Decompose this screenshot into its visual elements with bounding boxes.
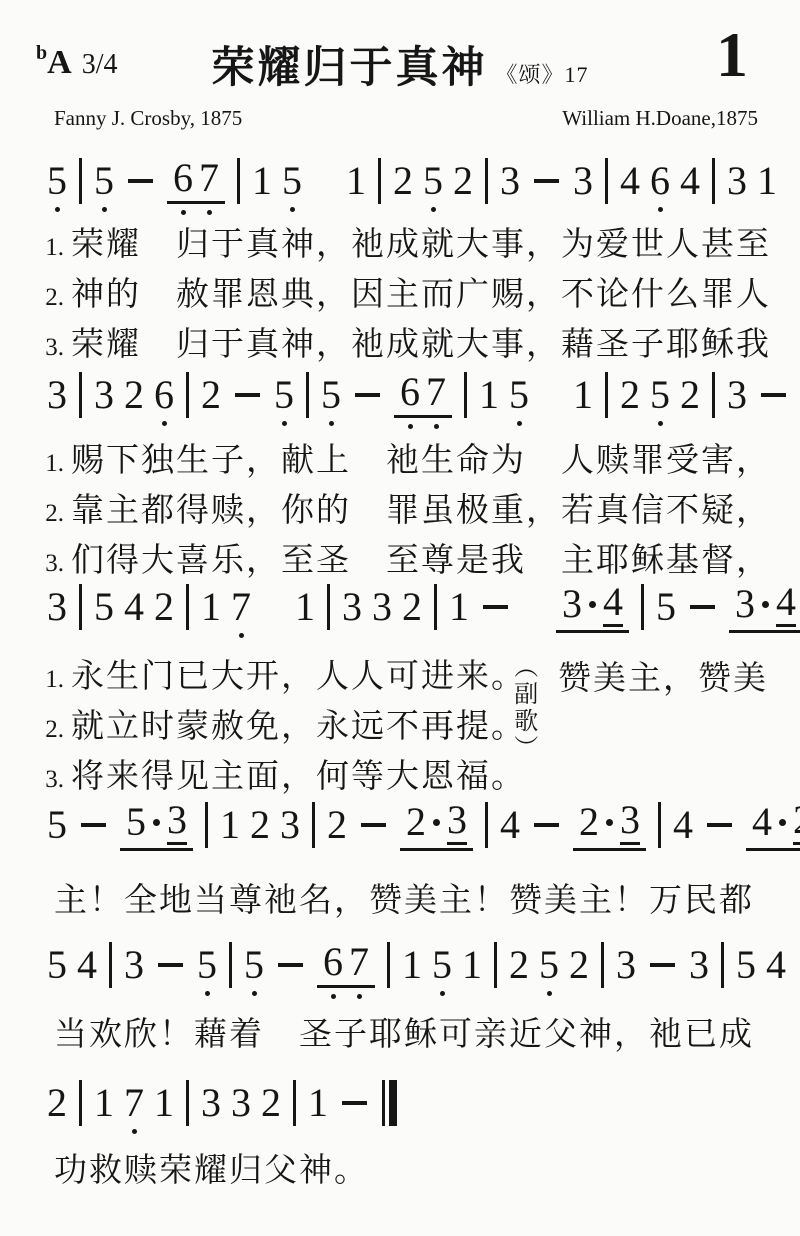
verse-line: 3. 荣耀 归于真神，祂成就大事，藉圣子耶稣我 [30, 318, 771, 368]
note: 3 [562, 584, 582, 624]
note: 1 [572, 375, 594, 415]
note-digit: 3 [94, 375, 114, 415]
note-digit: 1 [94, 1083, 114, 1123]
barline [186, 584, 189, 630]
note: 3 [341, 587, 363, 627]
verse-number: 3. [30, 550, 64, 578]
barline [79, 372, 82, 418]
barline [229, 942, 232, 988]
note: 1 [219, 805, 241, 845]
note: 2 [260, 1083, 282, 1123]
note: 1 [345, 161, 367, 201]
note: 2 [568, 945, 590, 985]
verse-text: 将来得见主面，何等大恩福。 [71, 750, 526, 797]
music-line-4: 5531232234234425 [42, 796, 800, 854]
low-octave-dot [207, 210, 212, 215]
verse-number: 1. [30, 666, 64, 694]
verse-text: 赐下独生子，献上 祂生命为 人赎罪受害， [71, 434, 771, 481]
final-bar-thick [389, 1080, 397, 1126]
low-octave-dot [547, 991, 552, 996]
note: 1 [461, 945, 483, 985]
note-digit: 3 [47, 375, 67, 415]
note: 5 [93, 161, 115, 201]
title-row: 荣耀归于真神《颂》17 [0, 34, 800, 95]
verse-line: 2. 靠主都得赎，你的 罪虽极重，若真信不疑， [30, 484, 771, 534]
note: 6 [173, 158, 193, 198]
note-digit: 3 [727, 161, 747, 201]
verse-text: 永生门已大开，人人可进来。 [71, 650, 526, 697]
final-bar-thin [382, 1080, 385, 1126]
augmentation-dot [762, 601, 769, 608]
note-digit: 2 [579, 802, 599, 842]
note: 7 [426, 372, 446, 412]
beam-group: 67 [394, 372, 452, 418]
verse-number: 1. [30, 450, 64, 478]
note: 6 [400, 372, 420, 412]
note-digit: 2 [680, 375, 700, 415]
verse-line: 2. 神的 赦罪恩典，因主而广赐，不论什么罪人 [30, 268, 771, 318]
note-digit: 1 [479, 375, 499, 415]
note: 5 [93, 587, 115, 627]
note: 2 [200, 375, 222, 415]
note-digit: 5 [656, 587, 676, 627]
note: 2 [793, 800, 800, 845]
note-digit: 4 [603, 582, 623, 627]
note: 2 [153, 587, 175, 627]
note-digit: 2 [250, 805, 270, 845]
note: 3 [735, 584, 755, 624]
note: 4 [603, 582, 623, 627]
note-digit: 4 [752, 802, 772, 842]
note: 2 [406, 802, 426, 842]
low-octave-dot [658, 207, 663, 212]
note-digit: 6 [400, 372, 420, 412]
note-digit: 1 [154, 1083, 174, 1123]
note: 7 [349, 942, 369, 982]
low-octave-dot [181, 210, 186, 215]
note: 2 [326, 805, 348, 845]
barline [79, 158, 82, 204]
note-digit: 5 [197, 945, 217, 985]
note: 4 [672, 805, 694, 845]
barline [434, 584, 437, 630]
beam-group: 23 [573, 800, 646, 851]
duration-dash [278, 963, 303, 967]
duration-dash [534, 179, 559, 183]
note-digit: 6 [323, 942, 343, 982]
note-digit: 5 [282, 161, 302, 201]
augmentation-dot [779, 819, 786, 826]
note: 2 [579, 802, 599, 842]
note: 6 [153, 375, 175, 415]
note: 1 [478, 375, 500, 415]
duration-dash [235, 393, 260, 397]
note: 3 [620, 800, 640, 845]
note-digit: 5 [126, 802, 146, 842]
barline [712, 158, 715, 204]
barline [387, 942, 390, 988]
note-digit: 3 [620, 800, 640, 845]
refrain-label: （副歌） [508, 654, 537, 794]
note-digit: 3 [124, 945, 144, 985]
barline [485, 802, 488, 848]
music-line-3: 3542171332134534 [42, 578, 800, 636]
lyrics-block-2: 1. 赐下独生子，献上 祂生命为 人赎罪受害， 2. 靠主都得赎，你的 罪虽极重… [30, 434, 771, 584]
note-digit: 5 [423, 161, 443, 201]
note-digit: 3 [342, 587, 362, 627]
barline [306, 372, 309, 418]
note: 3 [279, 805, 301, 845]
note-digit: 5 [94, 161, 114, 201]
note-digit: 3 [231, 1083, 251, 1123]
note: 3 [200, 1083, 222, 1123]
low-octave-dot [517, 421, 522, 426]
note-digit: 3 [689, 945, 709, 985]
duration-dash [361, 823, 386, 827]
note: 5 [46, 161, 68, 201]
note: 3 [371, 587, 393, 627]
verse-text: 就立时蒙赦免，永远不再提。 [71, 700, 526, 747]
note-digit: 6 [154, 375, 174, 415]
note: 7 [123, 1083, 145, 1123]
note: 4 [499, 805, 521, 845]
note: 6 [649, 161, 671, 201]
low-octave-dot [357, 994, 362, 999]
note-digit: 1 [757, 161, 777, 201]
note-digit: 1 [308, 1083, 328, 1123]
verse-text: 神的 赦罪恩典，因主而广赐，不论什么罪人 [71, 268, 771, 315]
note: 5 [655, 587, 677, 627]
note: 5 [243, 945, 265, 985]
note: 3 [499, 161, 521, 201]
barline [312, 802, 315, 848]
barline [378, 158, 381, 204]
note-digit: 3 [500, 161, 520, 201]
note: 2 [452, 161, 474, 201]
note-digit: 2 [509, 945, 529, 985]
note-digit: 3 [201, 1083, 221, 1123]
low-octave-dot [102, 207, 107, 212]
note: 5 [735, 945, 757, 985]
note: 3 [123, 945, 145, 985]
verse-text: 靠主都得赎，你的 罪虽极重，若真信不疑， [71, 484, 771, 531]
note: 2 [401, 587, 423, 627]
final-barline [382, 1080, 397, 1126]
note-digit: 6 [173, 158, 193, 198]
low-octave-dot [431, 207, 436, 212]
augmentation-dot [589, 601, 596, 608]
lyrics-block-3: 1. 永生门已大开，人人可进来。 2. 就立时蒙赦免，永远不再提。 3. 将来得… [30, 650, 790, 800]
note: 4 [619, 161, 641, 201]
verse-text: 荣耀 归于真神，祂成就大事，为爱世人甚至 [71, 218, 771, 265]
note-digit: 1 [201, 587, 221, 627]
note-digit: 2 [402, 587, 422, 627]
note: 4 [765, 945, 787, 985]
note: 4 [679, 161, 701, 201]
music-line-6: 21713321 [42, 1074, 397, 1132]
note-digit: 3 [562, 584, 582, 624]
note: 3 [46, 587, 68, 627]
duration-dash [690, 605, 715, 609]
hymn-number: 1 [716, 18, 748, 92]
note: 2 [123, 375, 145, 415]
low-octave-dot [290, 207, 295, 212]
note-digit: 1 [449, 587, 469, 627]
note-digit: 3 [372, 587, 392, 627]
verse-text: 荣耀 归于真神，祂成就大事，藉圣子耶稣我 [71, 318, 771, 365]
note-digit: 1 [346, 161, 366, 201]
note: 5 [431, 945, 453, 985]
note-digit: 3 [573, 161, 593, 201]
verse-line: 3. 将来得见主面，何等大恩福。 [30, 750, 790, 800]
note: 5 [538, 945, 560, 985]
note-digit: 4 [766, 945, 786, 985]
verse-line: 2. 就立时蒙赦免，永远不再提。 [30, 700, 790, 750]
barline [721, 942, 724, 988]
note: 5 [508, 375, 530, 415]
duration-dash [483, 605, 508, 609]
verse-number: 3. [30, 334, 64, 362]
note: 5 [649, 375, 671, 415]
barline [293, 1080, 296, 1126]
lyrics-line-4: 主！全地当尊祂名，赞美主！赞美主！万民都 [54, 874, 754, 921]
refrain-text: 赞美主，赞美 [558, 652, 768, 699]
verse-number: 2. [30, 716, 64, 744]
note: 3 [726, 375, 748, 415]
note-digit: 1 [220, 805, 240, 845]
music-line-1: 55671512523346431 [42, 152, 782, 210]
note-digit: 4 [776, 582, 796, 627]
note: 1 [251, 161, 273, 201]
note: 7 [230, 587, 252, 627]
low-octave-dot [205, 991, 210, 996]
barline [658, 802, 661, 848]
augmentation-dot [606, 819, 613, 826]
beam-group: 23 [400, 800, 473, 851]
duration-dash [534, 823, 559, 827]
note: 5 [422, 161, 444, 201]
barline [237, 158, 240, 204]
barline [485, 158, 488, 204]
barline [605, 372, 608, 418]
note-digit: 1 [252, 161, 272, 201]
note: 4 [752, 802, 772, 842]
barline [494, 942, 497, 988]
note-digit: 2 [124, 375, 144, 415]
note-digit: 1 [295, 587, 315, 627]
note-digit: 3 [280, 805, 300, 845]
note-digit: 4 [680, 161, 700, 201]
note-digit: 2 [406, 802, 426, 842]
note: 5 [126, 802, 146, 842]
low-octave-dot [239, 633, 244, 638]
note: 3 [46, 375, 68, 415]
composer-credit: William H.Doane,1875 [562, 106, 758, 131]
beam-group: 67 [167, 158, 225, 204]
verse-line: 1. 荣耀 归于真神，祂成就大事，为爱世人甚至 [30, 218, 771, 268]
note: 2 [619, 375, 641, 415]
lyrics-line-6: 功救赎荣耀归父神。 [54, 1144, 369, 1191]
low-octave-dot [331, 994, 336, 999]
verse-number: 2. [30, 284, 64, 312]
duration-dash [355, 393, 380, 397]
note-digit: 5 [432, 945, 452, 985]
barline [79, 1080, 82, 1126]
note-digit: 3 [47, 587, 67, 627]
barline [601, 942, 604, 988]
low-octave-dot [252, 991, 257, 996]
note: 3 [688, 945, 710, 985]
note: 2 [392, 161, 414, 201]
beam-group: 34 [729, 582, 800, 633]
beam-group: 42 [746, 800, 800, 851]
note: 1 [294, 587, 316, 627]
note-digit: 3 [616, 945, 636, 985]
note-digit: 2 [453, 161, 473, 201]
note: 3 [615, 945, 637, 985]
barline [712, 372, 715, 418]
verse-number: 2. [30, 500, 64, 528]
verse-line: 3. 们得大喜乐，至圣 至尊是我 主耶稣基督， [30, 534, 771, 584]
note-digit: 7 [199, 158, 219, 198]
hymn-sheet-page: bA3/4 荣耀归于真神《颂》17 1 Fanny J. Crosby, 187… [0, 0, 800, 1236]
note: 2 [508, 945, 530, 985]
low-octave-dot [329, 421, 334, 426]
note-digit: 6 [650, 161, 670, 201]
note-digit: 4 [673, 805, 693, 845]
barline [205, 802, 208, 848]
duration-dash [650, 963, 675, 967]
note-digit: 2 [47, 1083, 67, 1123]
note: 1 [153, 1083, 175, 1123]
note-digit: 7 [124, 1083, 144, 1123]
beam-group: 67 [317, 942, 375, 988]
note-digit: 2 [201, 375, 221, 415]
barline [186, 1080, 189, 1126]
note: 4 [123, 587, 145, 627]
note-digit: 1 [573, 375, 593, 415]
barline [109, 942, 112, 988]
note: 1 [93, 1083, 115, 1123]
beam-group: 53 [120, 800, 193, 851]
note: 2 [679, 375, 701, 415]
note-digit: 4 [77, 945, 97, 985]
barline [641, 584, 644, 630]
note-digit: 1 [402, 945, 422, 985]
lyrics-line-5: 当欢欣！藉着 圣子耶稣可亲近父神，祂已成 [54, 1008, 754, 1055]
note-digit: 2 [569, 945, 589, 985]
note-digit: 5 [736, 945, 756, 985]
note: 4 [76, 945, 98, 985]
music-line-2: 3326255671512523 [42, 366, 795, 424]
note-digit: 4 [500, 805, 520, 845]
note-digit: 2 [154, 587, 174, 627]
note-digit: 5 [94, 587, 114, 627]
page-title: 荣耀归于真神 [211, 45, 487, 92]
note-digit: 5 [47, 945, 67, 985]
note-digit: 1 [462, 945, 482, 985]
note-digit: 5 [47, 161, 67, 201]
barline [605, 158, 608, 204]
note-digit: 3 [447, 800, 467, 845]
lyrics-block-1: 1. 荣耀 归于真神，祂成就大事，为爱世人甚至 2. 神的 赦罪恩典，因主而广赐… [30, 218, 771, 368]
beam-group: 34 [556, 582, 629, 633]
note-digit: 5 [650, 375, 670, 415]
barline [464, 372, 467, 418]
note: 2 [46, 1083, 68, 1123]
note: 1 [401, 945, 423, 985]
duration-dash [342, 1101, 367, 1105]
note: 3 [726, 161, 748, 201]
barline [79, 584, 82, 630]
note-digit: 2 [393, 161, 413, 201]
note-digit: 5 [274, 375, 294, 415]
note: 5 [196, 945, 218, 985]
note: 1 [756, 161, 778, 201]
note-digit: 7 [426, 372, 446, 412]
augmentation-dot [153, 819, 160, 826]
low-octave-dot [440, 991, 445, 996]
note-digit: 4 [124, 587, 144, 627]
note-digit: 3 [727, 375, 747, 415]
note-digit: 5 [47, 805, 67, 845]
note: 5 [320, 375, 342, 415]
low-octave-dot [658, 421, 663, 426]
verse-text: 们得大喜乐，至圣 至尊是我 主耶稣基督， [71, 534, 771, 581]
verse-number: 1. [30, 234, 64, 262]
duration-dash [707, 823, 732, 827]
note: 3 [167, 800, 187, 845]
duration-dash [81, 823, 106, 827]
low-octave-dot [132, 1129, 137, 1134]
note-digit: 3 [167, 800, 187, 845]
note: 3 [230, 1083, 252, 1123]
note-digit: 7 [231, 587, 251, 627]
note-digit: 2 [261, 1083, 281, 1123]
note: 3 [93, 375, 115, 415]
note: 6 [323, 942, 343, 982]
augmentation-dot [433, 819, 440, 826]
low-octave-dot [408, 424, 413, 429]
duration-dash [761, 393, 786, 397]
low-octave-dot [434, 424, 439, 429]
music-line-5: 54355671512523354 [42, 936, 791, 994]
note: 5 [46, 945, 68, 985]
low-octave-dot [55, 207, 60, 212]
note-digit: 3 [735, 584, 755, 624]
note: 1 [200, 587, 222, 627]
note: 2 [249, 805, 271, 845]
note-digit: 4 [620, 161, 640, 201]
note: 1 [448, 587, 470, 627]
verse-line: 1. 赐下独生子，献上 祂生命为 人赎罪受害， [30, 434, 771, 484]
note-digit: 2 [327, 805, 347, 845]
low-octave-dot [282, 421, 287, 426]
note: 7 [199, 158, 219, 198]
note-digit: 5 [321, 375, 341, 415]
note-digit: 2 [793, 800, 800, 845]
note-digit: 5 [244, 945, 264, 985]
barline [327, 584, 330, 630]
note-digit: 2 [620, 375, 640, 415]
authors-row: Fanny J. Crosby, 1875 William H.Doane,18… [0, 106, 800, 131]
note: 3 [572, 161, 594, 201]
note: 1 [307, 1083, 329, 1123]
low-octave-dot [162, 421, 167, 426]
note: 5 [273, 375, 295, 415]
duration-dash [128, 179, 153, 183]
note: 4 [776, 582, 796, 627]
